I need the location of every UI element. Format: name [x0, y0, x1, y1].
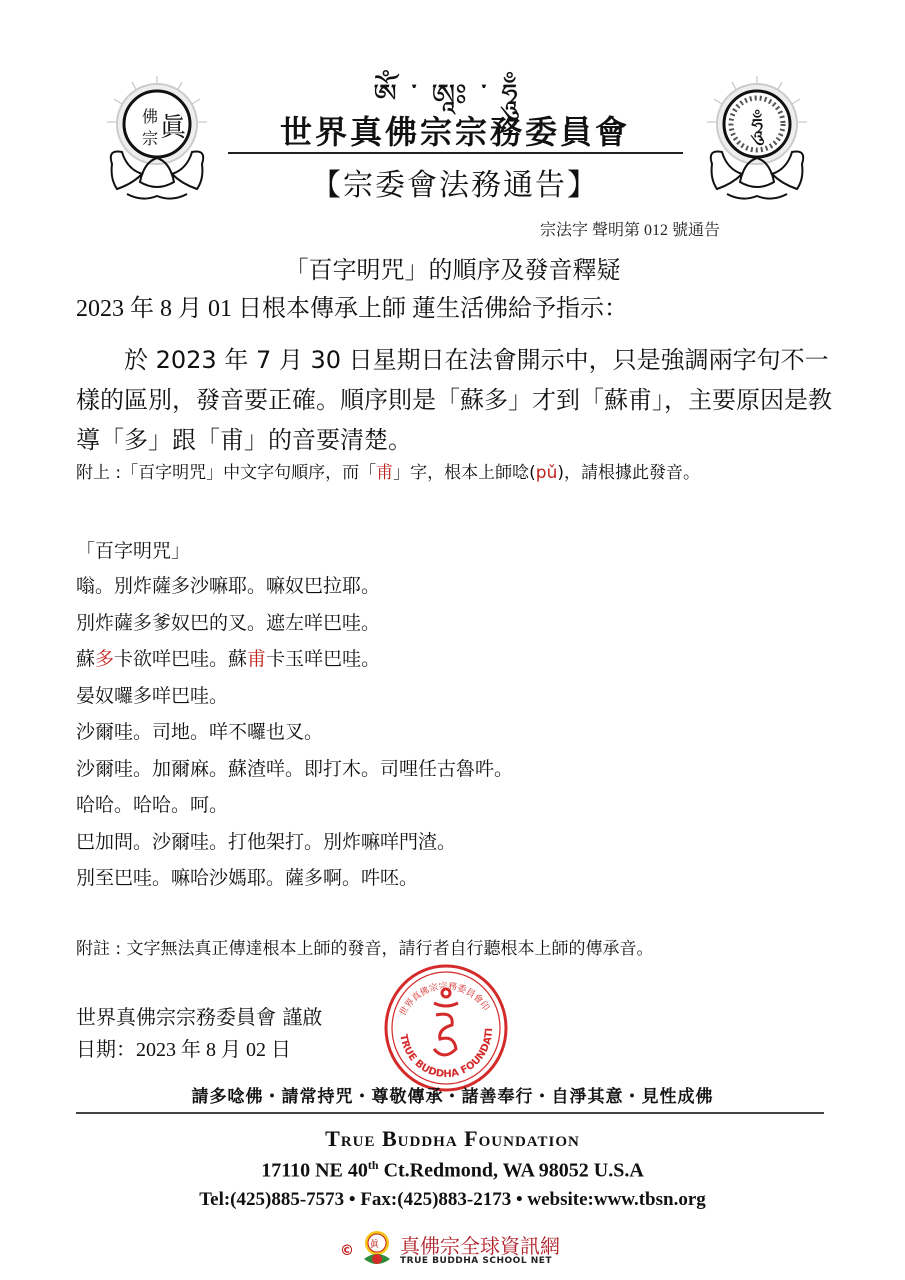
mantra-line: 沙爾哇。司地。咩不囉也叉。 [76, 714, 513, 751]
contact-info: Tel:(425)885-7573 • Fax:(425)883-2173 • … [0, 1189, 905, 1211]
notice-type-heading: 【宗委會法務通告】 [225, 160, 685, 204]
tbsn-brand: © 眞 真佛宗全球資訊網 TRUE BUDDHA SCHOOL NET [340, 1228, 560, 1273]
foundation-name: True Buddha Foundation [0, 1126, 905, 1152]
address-ordinal: th [368, 1158, 379, 1172]
pinyin-pronunciation: pǔ [536, 463, 558, 483]
note-middle: 」字，根本上師唸( [393, 463, 536, 483]
address-number: 17110 NE 40 [261, 1160, 368, 1182]
highlighted-character: 多 [95, 648, 114, 670]
svg-text:眞: 眞 [160, 113, 188, 143]
mantra-line: 嗡。別炸薩多沙嘛耶。嘛奴巴拉耶。 [76, 568, 513, 605]
reference-number: 宗法字 聲明第 012 號通告 [540, 217, 720, 240]
official-seal-icon: 世界真佛宗宗務委員會印 TRUE BUDDHA FOUNDATION [382, 963, 510, 1093]
tbsn-name-en: TRUE BUDDHA SCHOOL NET [400, 1256, 560, 1266]
svg-text:眞: 眞 [370, 1238, 380, 1250]
footnote: 附註 : 文字無法真正傳達根本上師的發音，請行者自行聽根本上師的傳承音。 [76, 934, 654, 959]
directive-line: 2023 年 8 月 01 日根本傳承上師 蓮生活佛給予指示： [76, 288, 628, 323]
mantra-line: 哈哈。哈哈。呵。 [76, 787, 513, 824]
tbsn-name-cn: 真佛宗全球資訊網 [400, 1236, 560, 1256]
tbsn-brand-text: 真佛宗全球資訊網 TRUE BUDDHA SCHOOL NET [400, 1236, 560, 1266]
header-divider [228, 152, 683, 154]
mantra-line-highlighted: 蘇多卡欲咩巴哇。蘇甫卡玉咩巴哇。 [76, 641, 513, 678]
footer-divider [76, 1112, 824, 1114]
svg-text:宗: 宗 [142, 129, 158, 148]
mantra-wheel-emblem-icon: ཧཱུྃ [702, 74, 812, 204]
true-buddha-school-emblem-icon: 佛 宗 眞 [102, 74, 212, 204]
attached-note: 附上 :「百字明咒」中文字句順序，而「甫」字，根本上師唸(pǔ)，請根據此發音。 [76, 458, 700, 483]
document-title: 「百字明咒」的順序及發音釋疑 [0, 250, 905, 285]
address-rest: Ct.Redmond, WA 98052 U.S.A [379, 1160, 644, 1182]
signature-date: 日期：2023 年 8 月 02 日 [76, 1033, 291, 1062]
signer: 世界真佛宗宗務委員會 謹啟 [76, 1001, 322, 1030]
explanation-text: 於 2023 年 7 月 30 日星期日在法會開示中，只是強調兩字句不一樣的區別… [76, 346, 832, 454]
mantra-segment: 蘇 [76, 648, 95, 670]
mantra-segment: 卡欲咩巴哇。蘇 [114, 648, 247, 670]
tbsn-logo-icon: 眞 [360, 1229, 394, 1273]
explanation-paragraph: 於 2023 年 7 月 30 日星期日在法會開示中，只是強調兩字句不一樣的區別… [76, 340, 846, 460]
mantra-line: 晏奴囉多咩巴哇。 [76, 678, 513, 715]
highlighted-character: 甫 [247, 648, 266, 670]
note-suffix: )，請根據此發音。 [557, 463, 700, 483]
motto: 請多唸佛・請常持咒・尊敬傳承・諸善奉行・自淨其意・見性成佛 [0, 1082, 905, 1107]
mantra-line: 別炸薩多爹奴巴的叉。遮左咩巴哇。 [76, 605, 513, 642]
note-prefix: 附上 :「百字明咒」中文字句順序，而「 [76, 463, 376, 483]
mantra-line: 巴加問。沙爾哇。打他架打。別炸嘛咩門渣。 [76, 824, 513, 861]
svg-text:佛: 佛 [142, 107, 158, 126]
mantra-segment: 卡玉咩巴哇。 [266, 648, 380, 670]
foundation-address: 17110 NE 40th Ct.Redmond, WA 98052 U.S.A [0, 1158, 905, 1183]
organization-title: 世界真佛宗宗務委員會 [225, 107, 685, 153]
mantra-line: 別至巴哇。嘛哈沙媽耶。薩多啊。吽呸。 [76, 860, 513, 897]
copyright-symbol: © [340, 1243, 354, 1259]
mantra-text: 嗡。別炸薩多沙嘛耶。嘛奴巴拉耶。 別炸薩多爹奴巴的叉。遮左咩巴哇。 蘇多卡欲咩巴… [76, 568, 513, 897]
mantra-title: 「百字明咒」 [76, 536, 190, 563]
highlighted-character: 甫 [376, 463, 393, 483]
mantra-line: 沙爾哇。加爾麻。蘇渣咩。即打木。司哩任古魯吽。 [76, 751, 513, 788]
